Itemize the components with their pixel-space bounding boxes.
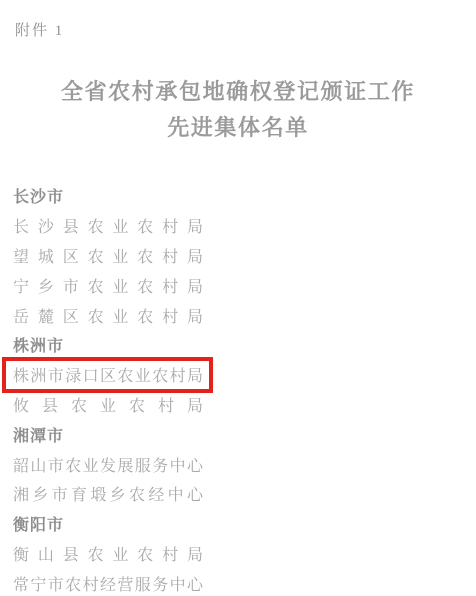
city-header-text: 长沙市 — [13, 184, 64, 207]
list-entry-text: 常宁市农村经营服务中心 — [13, 572, 203, 595]
list-entry-text: 望城区农业农村局 — [13, 244, 203, 267]
list-entry-text: 攸县农业农村局 — [13, 393, 203, 416]
list-entry: 湘乡市育塅乡农经中心 — [13, 479, 476, 509]
list-entry: 攸县农业农村局 — [13, 390, 476, 420]
city-header-text: 湘潭市 — [13, 423, 64, 446]
highlighted-entry: 株洲市渌口区农业农村局 — [13, 360, 476, 390]
city-header-changsha: 长沙市 — [13, 181, 476, 211]
list-entry-text: 长沙县农业农村局 — [13, 214, 203, 237]
document-page: 附件 1 全省农村承包地确权登记颁证工作 先进集体名单 长沙市 长沙县农业农村局… — [0, 0, 476, 596]
list-entry-text: 韶山市农业发展服务中心 — [13, 453, 203, 476]
city-header-hengyang: 衡阳市 — [13, 509, 476, 539]
document-title-line1: 全省农村承包地确权登记颁证工作 — [61, 79, 415, 104]
list-entry-text: 宁乡市农业农村局 — [13, 274, 203, 297]
city-header-text: 衡阳市 — [13, 512, 64, 535]
list-entry: 长沙县农业农村局 — [13, 211, 476, 241]
list-entry-text: 衡山县农业农村局 — [13, 542, 203, 565]
city-header-zhuzhou: 株洲市 — [13, 330, 476, 360]
list-entry: 韶山市农业发展服务中心 — [13, 449, 476, 479]
list-entry: 岳麓区农业农村局 — [13, 300, 476, 330]
highlight-box: 株洲市渌口区农业农村局 — [2, 357, 213, 393]
list-entry: 宁乡市农业农村局 — [13, 270, 476, 300]
document-title-line2: 先进集体名单 — [167, 115, 309, 140]
attachment-label: 附件 1 — [15, 19, 64, 40]
list-entry-text: 湘乡市育塅乡农经中心 — [13, 482, 203, 505]
list-entry-text: 岳麓区农业农村局 — [13, 304, 203, 327]
list-entry: 望城区农业农村局 — [13, 241, 476, 271]
city-header-xiangtan: 湘潭市 — [13, 419, 476, 449]
list-entry: 常宁市农村经营服务中心 — [13, 568, 476, 596]
city-header-text: 株洲市 — [13, 333, 64, 356]
awardee-list: 长沙市 长沙县农业农村局 望城区农业农村局 宁乡市农业农村局 岳麓区农业农村局 … — [13, 181, 476, 596]
list-entry-text: 株洲市渌口区农业农村局 — [13, 363, 203, 386]
document-title: 全省农村承包地确权登记颁证工作 先进集体名单 — [0, 74, 476, 146]
list-entry: 衡山县农业农村局 — [13, 539, 476, 569]
